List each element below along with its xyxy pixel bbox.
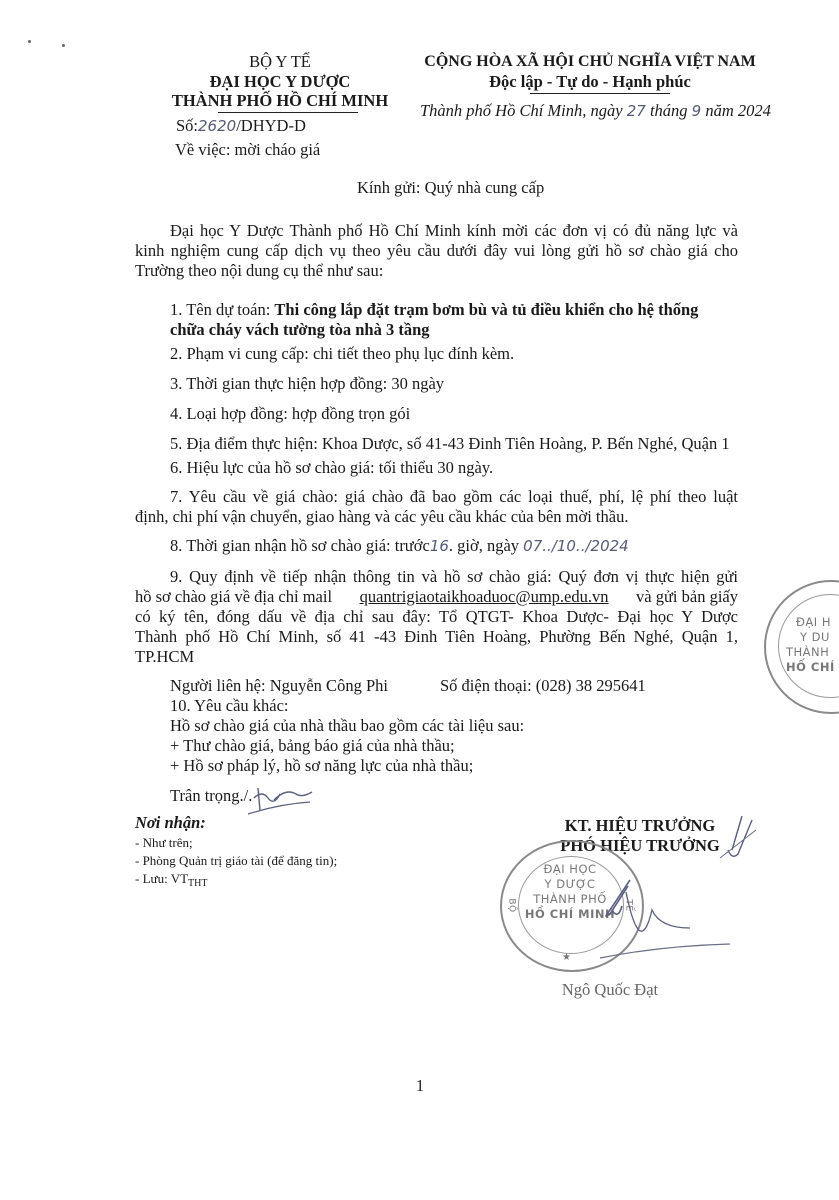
- intro-line3: Trường theo nội dung cụ thể như sau:: [135, 261, 383, 281]
- document-number-suffix: /DHYD-D: [236, 116, 306, 135]
- university-name-line2: THÀNH PHỐ HỒ CHÍ MINH: [140, 91, 420, 111]
- item-9-email-prefix: hồ sơ chào giá về địa chỉ mail: [135, 587, 336, 607]
- document-number-label: Số:: [176, 116, 198, 135]
- university-name-line1: ĐẠI HỌC Y DƯỢC: [160, 72, 400, 92]
- recipient-archive: - Lưu: VT: [135, 871, 188, 886]
- item-8-date-handwritten: 07../10../2024: [523, 537, 629, 555]
- item-10-other-requirements: 10. Yêu cầu khác:: [170, 696, 289, 716]
- item-1-estimate-name: 1. Tên dự toán: Thi công lắp đặt trạm bơ…: [170, 300, 698, 320]
- item-8-deadline: 8. Thời gian nhận hồ sơ chào giá: trước1…: [170, 536, 629, 556]
- submission-email-link[interactable]: quantrigiaotaikhoaduoc@ump.edu.vn: [360, 587, 609, 607]
- item-5-location: 5. Địa điểm thực hiện: Khoa Dược, số 41-…: [170, 434, 730, 454]
- handwritten-signature-icon: [560, 810, 760, 980]
- recipients-list: - Như trên; - Phòng Quản trị giáo tài (đ…: [135, 834, 337, 893]
- item-10-bullet-1: + Thư chào giá, bảng báo giá của nhà thầ…: [170, 736, 455, 756]
- intro-line1: Đại học Y Dược Thành phố Hồ Chí Minh kín…: [170, 221, 738, 241]
- item-9-address-line2: Thành phố Hồ Chí Minh, số 41 -43 Đinh Ti…: [135, 627, 738, 647]
- date-day-handwritten: 27: [627, 102, 646, 120]
- item-8-hour-handwritten: 16: [430, 537, 449, 555]
- signer-name: Ngô Quốc Đạt: [540, 980, 680, 1000]
- document-number-handwritten: 2620: [198, 117, 236, 135]
- recipient-item: - Như trên;: [135, 834, 337, 852]
- salutation: Kính gửi: Quý nhà cung cấp: [357, 178, 544, 198]
- date-year: năm 2024: [705, 101, 771, 120]
- country-name: CỘNG HÒA XÃ HỘI CHỦ NGHĨA VIỆT NAM: [400, 52, 780, 72]
- item-9-email-line: hồ sơ chào giá về địa chỉ mail quantrigi…: [135, 587, 738, 607]
- date-month-label: tháng: [650, 101, 688, 120]
- recipients-title: Nơi nhận:: [135, 813, 206, 833]
- item-8-mid: . giờ, ngày: [449, 536, 523, 555]
- scan-speck: [62, 44, 65, 47]
- national-motto: Độc lập - Tự do - Hạnh phúc: [400, 72, 780, 92]
- recipient-item: - Lưu: VTTHT: [135, 870, 337, 893]
- page-edge-seal-text: ĐẠI H Y DU THÀNH HỐ CHÍ: [786, 615, 839, 675]
- item-6-validity: 6. Hiệu lực của hồ sơ chào giá: tối thiể…: [170, 458, 493, 478]
- item-8-prefix: 8. Thời gian nhận hồ sơ chào giá: trước: [170, 536, 430, 555]
- motto-underline: [530, 93, 670, 94]
- ministry-name: BỘ Y TẾ: [160, 52, 400, 72]
- date-month-handwritten: 9: [692, 102, 702, 120]
- recipient-archive-sub: THT: [188, 878, 207, 889]
- document-number: Số:2620/DHYD-D: [176, 116, 306, 136]
- document-subject: Về việc: mời cháo giá: [175, 140, 320, 160]
- header-left-underline: [218, 112, 358, 113]
- item-1-label: 1. Tên dự toán:: [170, 300, 274, 319]
- item-1-title-cont: chữa cháy vách tường tòa nhà 3 tầng: [170, 320, 430, 340]
- contact-phone: Số điện thoại: (028) 38 295641: [440, 676, 646, 696]
- item-9-address-line1: có ký tên, đóng dấu về địa chỉ sau đây: …: [135, 607, 738, 627]
- initials-signature-icon: [240, 780, 330, 820]
- item-9-address-line3: TP.HCM: [135, 647, 194, 667]
- seal-left-mark: BỘ: [504, 898, 519, 912]
- scan-speck: [28, 40, 31, 43]
- contact-person: Người liên hệ: Nguyễn Công Phi: [170, 676, 388, 696]
- document-date: Thành phố Hồ Chí Minh, ngày 27 tháng 9 n…: [420, 101, 771, 121]
- intro-line2: kinh nghiệm cung cấp dịch vụ theo yêu cầ…: [135, 241, 738, 261]
- item-3-duration: 3. Thời gian thực hiện hợp đồng: 30 ngày: [170, 374, 444, 394]
- item-10-bullet-2: + Hồ sơ pháp lý, hồ sơ năng lực của nhà …: [170, 756, 473, 776]
- item-9-email-suffix: và gửi bản giấy: [632, 587, 738, 607]
- item-10-description: Hồ sơ chào giá của nhà thầu bao gồm các …: [170, 716, 524, 736]
- item-2-scope: 2. Phạm vi cung cấp: chi tiết theo phụ l…: [170, 344, 514, 364]
- item-9-submission-rules: 9. Quy định về tiếp nhận thông tin và hồ…: [170, 567, 738, 587]
- item-4-contract-type: 4. Loại hợp đồng: hợp đồng trọn gói: [170, 404, 410, 424]
- page-number: 1: [400, 1076, 440, 1096]
- date-prefix: Thành phố Hồ Chí Minh, ngày: [420, 101, 623, 120]
- item-1-title: Thi công lắp đặt trạm bơm bù và tủ điều …: [274, 300, 698, 319]
- item-7-price-requirements: 7. Yêu cầu về giá chào: giá chào đã bao …: [170, 487, 738, 507]
- recipient-item: - Phòng Quản trị giáo tài (để đăng tin);: [135, 852, 337, 870]
- item-7-price-requirements-cont: định, chi phí vận chuyển, giao hàng và c…: [135, 507, 628, 527]
